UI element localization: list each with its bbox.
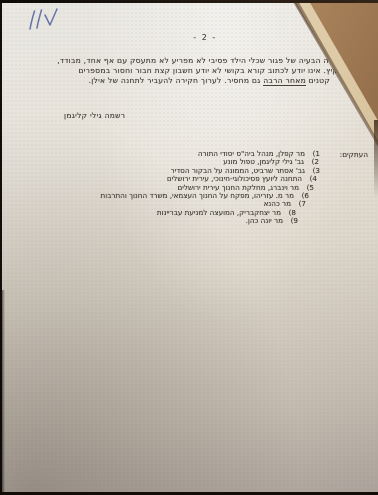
underlined-phrase: מאחר הרבה [263, 76, 306, 86]
copies-list-header: העתקים: [340, 150, 368, 159]
line3-text-after: גם מחסיר. לערוך חקירה להעביר לתחנה של אי… [89, 76, 264, 85]
photographed-document: - 2 - לדעת המורה הבעיה של פגור שכלי הילד… [0, 0, 378, 495]
copies-list-item: (9מר יונה כהן. [246, 217, 298, 225]
copies-list: (1מר קפלן, מנהל ביה"ס יסודי התורה (2גב' … [101, 150, 320, 226]
right-edge-shadow [374, 120, 378, 198]
scan-top-edge [0, 0, 378, 3]
document-page: - 2 - לדעת המורה הבעיה של פגור שכלי הילד… [2, 3, 378, 492]
item-text: מר יונה כהן. [246, 217, 283, 225]
body-paragraph: לדעת המורה הבעיה של פגור שכלי הילד פסיבי… [10, 56, 368, 86]
item-number: (7 [295, 200, 306, 208]
scan-left-edge [0, 290, 5, 495]
recorder-signature-line: רשמה גילי קליגמן [64, 111, 125, 120]
handwritten-mark-icon [24, 7, 60, 34]
paragraph-line-2: חולם בהקיץ. אינו יודע לכתוב קורא בקושי ל… [10, 66, 368, 76]
page-number: - 2 - [180, 33, 230, 42]
item-number: (9 [287, 217, 298, 225]
paragraph-line-3: קטנים מאחר הרבה גם מחסיר. לערוך חקירה לה… [10, 76, 368, 86]
paragraph-line-1: לדעת המורה הבעיה של פגור שכלי הילד פסיבי… [10, 56, 368, 66]
line3-text-before: קטנים [306, 76, 330, 85]
